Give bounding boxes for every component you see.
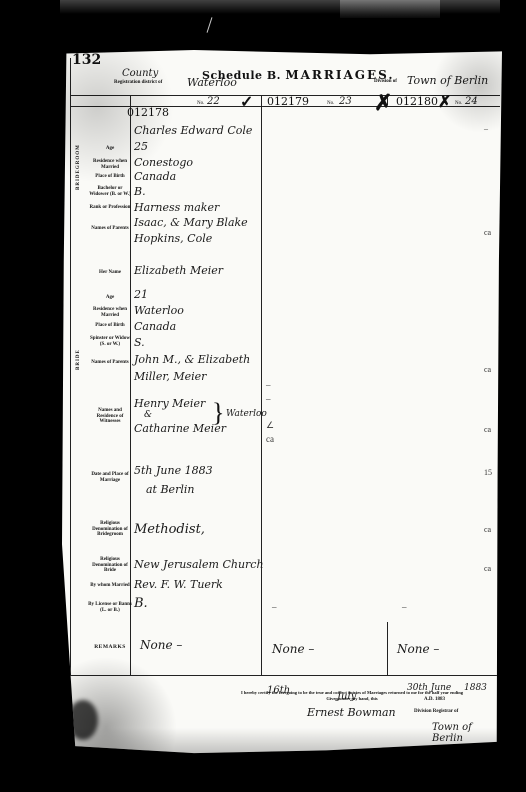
left-border xyxy=(70,58,71,675)
witness-and: & xyxy=(144,410,152,420)
bride-religion-label: Religious Denomination of Bride xyxy=(88,557,132,574)
entry-1-reg-number: 012178 xyxy=(127,106,169,119)
groom-residence: Conestogo xyxy=(134,156,193,169)
bride-name-label: Her Name xyxy=(88,270,132,276)
division-signature: Town of Berlin xyxy=(432,722,502,744)
marriage-place: at Berlin xyxy=(146,483,194,496)
marriage-register-page: 132 Schedule B. MARRIAGES. County Regist… xyxy=(62,50,502,756)
marriage-date-label: Date and Place of Marriage xyxy=(88,472,132,483)
groom-profession-label: Rank or Profession xyxy=(88,205,132,211)
entry-3-mark: – xyxy=(484,124,488,133)
page-number: 132 xyxy=(72,52,101,68)
section-bridegroom: BRIDEGROOM xyxy=(76,144,81,190)
entry-2-mark: – xyxy=(266,380,271,390)
groom-age: 25 xyxy=(134,140,148,153)
entry-2-mark: – xyxy=(266,394,271,404)
groom-status: B. xyxy=(134,185,146,198)
groom-profession: Harness maker xyxy=(134,201,219,214)
entry-3-cross-mark: ✗ xyxy=(438,92,451,112)
registrar-signature: Ernest Bowman xyxy=(307,706,396,719)
entry-3-mark: 15 xyxy=(484,468,492,477)
division-label: Division of xyxy=(374,79,397,84)
witness-1: Henry Meier xyxy=(134,397,205,410)
scan-artifact xyxy=(207,17,213,33)
entry-1-no-label: No. xyxy=(197,101,204,106)
entry-2-reg-number: 012179 xyxy=(267,95,309,108)
officiant: Rev. F. W. Tuerk xyxy=(134,578,223,591)
registration-district: Waterloo xyxy=(187,76,237,89)
witness-bracket: } xyxy=(212,398,224,428)
groom-parents: Isaac, & Mary Blake xyxy=(134,216,248,229)
entry-1-check-mark: ✓ xyxy=(240,92,253,112)
groom-residence-label: Residence when Married xyxy=(88,159,132,170)
entry-3-remarks: None – xyxy=(397,642,439,656)
entry-2-mark: ca xyxy=(266,434,274,444)
registration-county: County xyxy=(122,68,158,79)
certification-year: 1883 xyxy=(464,683,487,693)
entry-3-no-label: No. xyxy=(455,101,462,106)
license-banns: B. xyxy=(134,596,148,611)
groom-status-label: Bachelor or Widower (B. or W.) xyxy=(88,186,132,197)
bride-birthplace: Canada xyxy=(134,320,176,333)
groom-religion-label: Religious Denomination of Bridegroom xyxy=(88,521,132,538)
groom-parents-surnames: Hopkins, Cole xyxy=(134,232,212,245)
bride-name: Elizabeth Meier xyxy=(134,264,223,277)
bride-age-label: Age xyxy=(88,295,132,301)
officiant-label: By whom Married xyxy=(88,583,132,589)
witnesses-label: Names and Residence of Witnesses xyxy=(88,408,132,425)
scan-edge-glare xyxy=(340,0,440,18)
entry-2-mark: – xyxy=(272,602,277,612)
entry-column-rule xyxy=(261,95,262,675)
entry-3-no-value: 24 xyxy=(465,96,478,107)
entry-2-remarks: None – xyxy=(272,642,314,656)
groom-birthplace: Canada xyxy=(134,170,176,183)
division-value: Town of Berlin xyxy=(407,74,488,87)
license-banns-label: By License or Banns (L. or B.) xyxy=(88,602,132,613)
section-bride: BRIDE xyxy=(76,349,81,370)
groom-parents-label: Names of Parents xyxy=(88,226,132,232)
half-year-ending: 30th June xyxy=(407,683,451,693)
entry-column-rule xyxy=(387,622,388,675)
certification-day: 16th xyxy=(267,685,290,696)
groom-age-label: Age xyxy=(88,146,132,152)
footer-rule xyxy=(70,675,500,676)
certification-month: July xyxy=(337,691,356,702)
bride-religion: New Jerusalem Church xyxy=(134,558,264,571)
entry-2-cross-mark: ✗ xyxy=(374,90,392,116)
marriage-date: 5th June 1883 xyxy=(134,464,213,477)
entry-3-mark: ca xyxy=(484,365,491,374)
groom-name: Charles Edward Cole xyxy=(134,124,252,137)
entry-3-mark: ca xyxy=(484,425,491,434)
registration-label: Registration district of xyxy=(114,80,162,85)
bride-parents-surnames: Miller, Meier xyxy=(134,370,206,383)
bride-residence-label: Residence when Married xyxy=(88,307,132,318)
entry-3-reg-number: 012180 xyxy=(396,95,438,108)
groom-birthplace-label: Place of Birth xyxy=(88,174,132,180)
bride-parents: John M., & Elizabeth xyxy=(134,353,250,366)
entry-1-no-value: 22 xyxy=(207,96,220,107)
entry-3-mark: ca xyxy=(484,564,491,573)
remarks-label: REMARKS xyxy=(88,645,132,651)
bride-status-label: Spinster or Widow (S. or W.) xyxy=(88,336,132,347)
bride-parents-label: Names of Parents xyxy=(88,360,132,366)
bride-residence: Waterloo xyxy=(134,304,184,317)
entry-2-no-value: 23 xyxy=(339,96,352,107)
entry-3-mark: ca xyxy=(484,525,491,534)
bride-birthplace-label: Place of Birth xyxy=(88,323,132,329)
entry-3-mark: – xyxy=(402,602,407,612)
entry-3-mark: ca xyxy=(484,228,491,237)
groom-religion: Methodist, xyxy=(134,522,205,537)
registrar-title: Division Registrar of xyxy=(414,709,458,714)
bride-status: S. xyxy=(134,336,145,349)
entry-2-mark: ∠ xyxy=(266,420,274,431)
entry-2-no-label: No. xyxy=(327,101,334,106)
bride-age: 21 xyxy=(134,288,148,301)
witness-residence: Waterloo xyxy=(226,409,267,419)
entry-1-remarks: None – xyxy=(140,638,182,652)
page-stain xyxy=(68,700,98,740)
certification-ad: A.D. 1883 xyxy=(424,697,445,702)
